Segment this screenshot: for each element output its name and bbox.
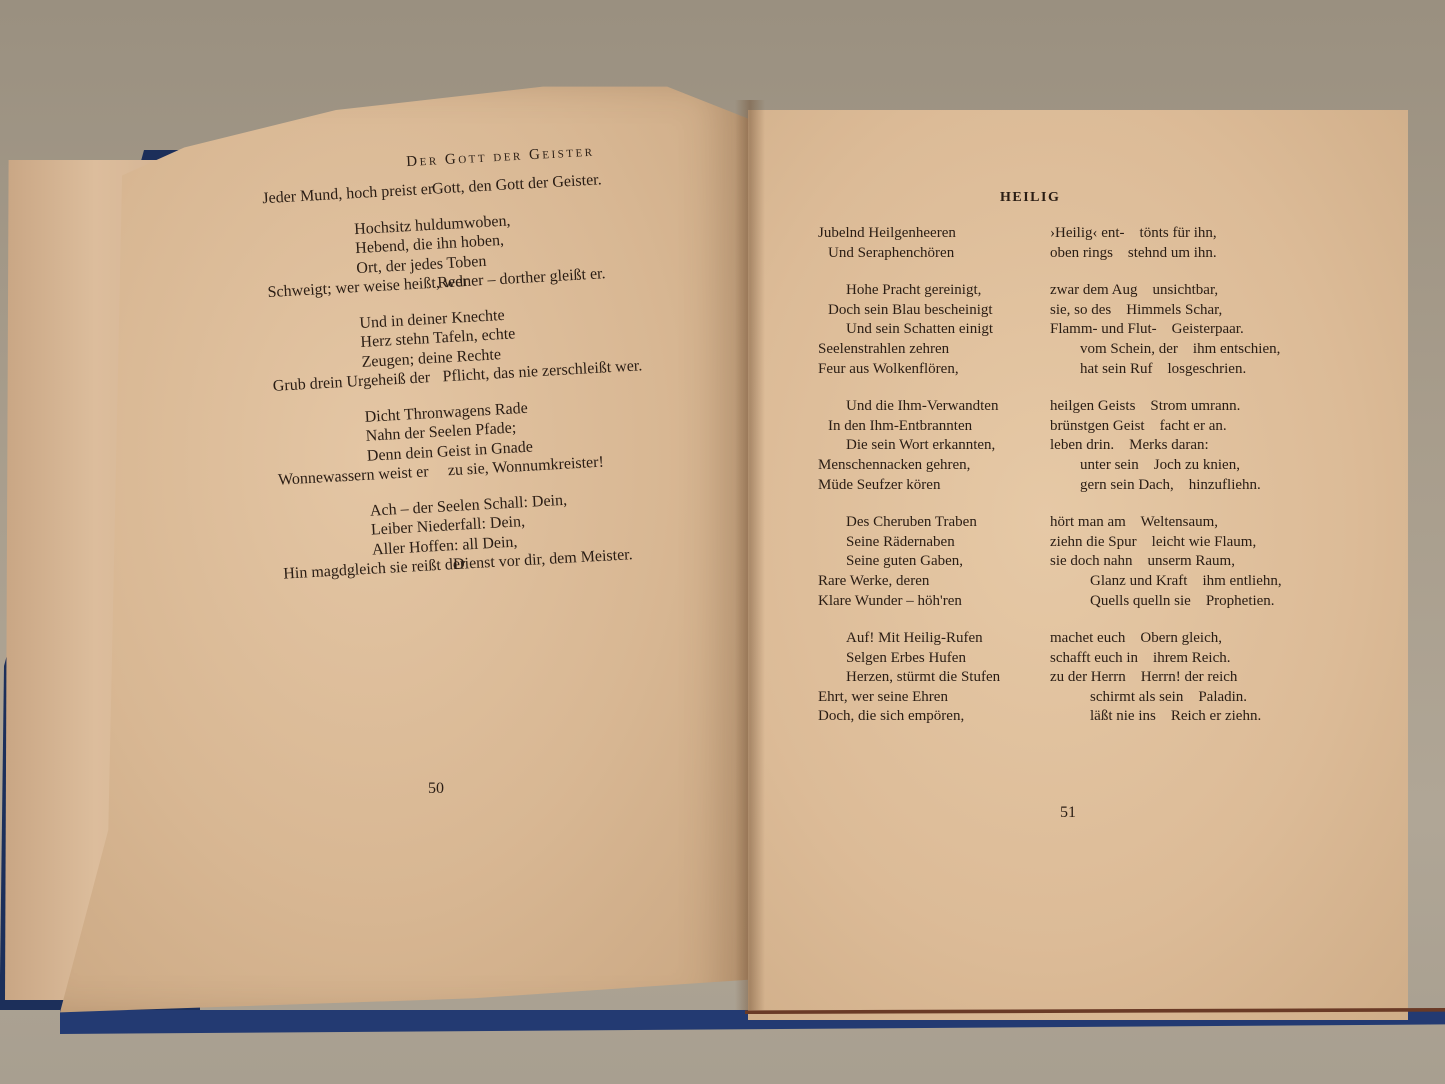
poem-line: machet euch Obern gleich, — [1050, 629, 1338, 649]
poem-title-right: HEILIG — [1000, 190, 1060, 206]
stanza-left-column: Auf! Mit Heilig-RufenSelgen Erbes HufenH… — [818, 629, 1050, 727]
poem-line: Des Cheruben Traben — [818, 513, 1050, 533]
poem-line: Menschennacken gehren, — [818, 456, 1050, 476]
poem-line: sie doch nahn unserm Raum, — [1050, 552, 1338, 572]
poem-line: vom Schein, der ihm entschien, — [1050, 340, 1338, 360]
stanza-left-column: Des Cheruben TrabenSeine RädernabenSeine… — [818, 513, 1050, 611]
stanza: Jubelnd HeilgenheerenUnd Seraphenchören›… — [818, 224, 1338, 263]
poem-line-text: Jeder Mund, hoch preist er — [262, 180, 433, 209]
stanza-right-column: zwar dem Aug unsichtbar,sie, so des Himm… — [1050, 281, 1338, 379]
poem-line: Ehrt, wer seine Ehren — [818, 688, 1050, 708]
stanza-right-column: hört man am Weltensaum,ziehn die Spur le… — [1050, 513, 1338, 611]
poem-line: zwar dem Aug unsichtbar, — [1050, 281, 1338, 301]
stanza: Hochsitz huldumwoben,Hebend, die ihn hob… — [264, 200, 708, 302]
left-stanzas: Jeder Mund, hoch preist erGott, den Gott… — [262, 165, 723, 584]
poem-line: In den Ihm-Entbrannten — [818, 417, 1050, 437]
stanza-left-column: Hohe Pracht gereinigt,Doch sein Blau bes… — [818, 281, 1050, 379]
poem-line: Hohe Pracht gereinigt, — [818, 281, 1050, 301]
poem-line-refrain: Gott, den Gott der Geister. — [432, 170, 603, 199]
poem-line: zu der Herrn Herrn! der reich — [1050, 668, 1338, 688]
poem-line: Und Seraphenchören — [818, 244, 1050, 264]
stanza-left-column: Und die Ihm-VerwandtenIn den Ihm-Entbran… — [818, 397, 1050, 495]
stanza: Hohe Pracht gereinigt,Doch sein Blau bes… — [818, 281, 1338, 379]
poem-line: unter sein Joch zu knien, — [1050, 456, 1338, 476]
poem-line: ziehn die Spur leicht wie Flaum, — [1050, 533, 1338, 553]
poem-line: gern sein Dach, hinzufliehn. — [1050, 476, 1338, 496]
stanza-right-column: heilgen Geists Strom umrann.brünstgen Ge… — [1050, 397, 1338, 495]
left-page-poem: Der Gott der Geister Jeder Mund, hoch pr… — [260, 138, 724, 600]
poem-line: Quells quelln sie Prophetien. — [1050, 592, 1338, 612]
stanza-right-column: ›Heilig‹ ent- tönts für ihn,oben rings s… — [1050, 224, 1338, 263]
stanza-right-column: machet euch Obern gleich,schafft euch in… — [1050, 629, 1338, 727]
poem-line: hat sein Ruf losgeschrien. — [1050, 360, 1338, 380]
book-gutter — [735, 100, 765, 1010]
poem-line: Müde Seufzer kören — [818, 476, 1050, 496]
poem-line: Seine guten Gaben, — [818, 552, 1050, 572]
poem-line: Feur aus Wolkenflören, — [818, 360, 1050, 380]
page-number-left: 50 — [428, 780, 444, 798]
poem-line: Die sein Wort erkannten, — [818, 436, 1050, 456]
poem-line: Jubelnd Heilgenheeren — [818, 224, 1050, 244]
poem-line: schirmt als sein Paladin. — [1050, 688, 1338, 708]
poem-line: brünstgen Geist facht er an. — [1050, 417, 1338, 437]
poem-line: sie, so des Himmels Schar, — [1050, 301, 1338, 321]
poem-line: oben rings stehnd um ihn. — [1050, 244, 1338, 264]
stanza: Und in deiner KnechteHerz stehn Tafeln, … — [269, 294, 713, 396]
stanza: Und die Ihm-VerwandtenIn den Ihm-Entbran… — [818, 397, 1338, 495]
poem-line: Seelenstrahlen zehren — [818, 340, 1050, 360]
stanza-left-column: Jubelnd HeilgenheerenUnd Seraphenchören — [818, 224, 1050, 263]
poem-line: Herzen, stürmt die Stufen — [818, 668, 1050, 688]
poem-line: Seine Rädernaben — [818, 533, 1050, 553]
right-page-poem: Jubelnd HeilgenheerenUnd Seraphenchören›… — [818, 224, 1338, 745]
stanza: Dicht Thronwagens RadeNahn der Seelen Pf… — [274, 388, 718, 490]
poem-line: Doch, die sich empören, — [818, 707, 1050, 727]
poem-line: Klare Wunder – höh'ren — [818, 592, 1050, 612]
poem-line: Selgen Erbes Hufen — [818, 649, 1050, 669]
poem-line: hört man am Weltensaum, — [1050, 513, 1338, 533]
poem-line: heilgen Geists Strom umrann. — [1050, 397, 1338, 417]
poem-line: Auf! Mit Heilig-Rufen — [818, 629, 1050, 649]
poem-line: Doch sein Blau bescheinigt — [818, 301, 1050, 321]
poem-line: leben drin. Merks daran: — [1050, 436, 1338, 456]
poem-line: Glanz und Kraft ihm entliehn, — [1050, 572, 1338, 592]
poem-line: läßt nie ins Reich er ziehn. — [1050, 707, 1338, 727]
poem-line: Und sein Schatten einigt — [818, 320, 1050, 340]
page-number-right: 51 — [1060, 804, 1076, 822]
stanza: Des Cheruben TrabenSeine RädernabenSeine… — [818, 513, 1338, 611]
poem-line: Und die Ihm-Verwandten — [818, 397, 1050, 417]
poem-line: Rare Werke, deren — [818, 572, 1050, 592]
poem-line: schafft euch in ihrem Reich. — [1050, 649, 1338, 669]
poem-line: Flamm- und Flut- Geisterpaar. — [1050, 320, 1338, 340]
poem-line: ›Heilig‹ ent- tönts für ihn, — [1050, 224, 1338, 244]
stanza: Ach – der Seelen Schall: Dein,Leiber Nie… — [280, 482, 724, 584]
stanza: Auf! Mit Heilig-RufenSelgen Erbes HufenH… — [818, 629, 1338, 727]
